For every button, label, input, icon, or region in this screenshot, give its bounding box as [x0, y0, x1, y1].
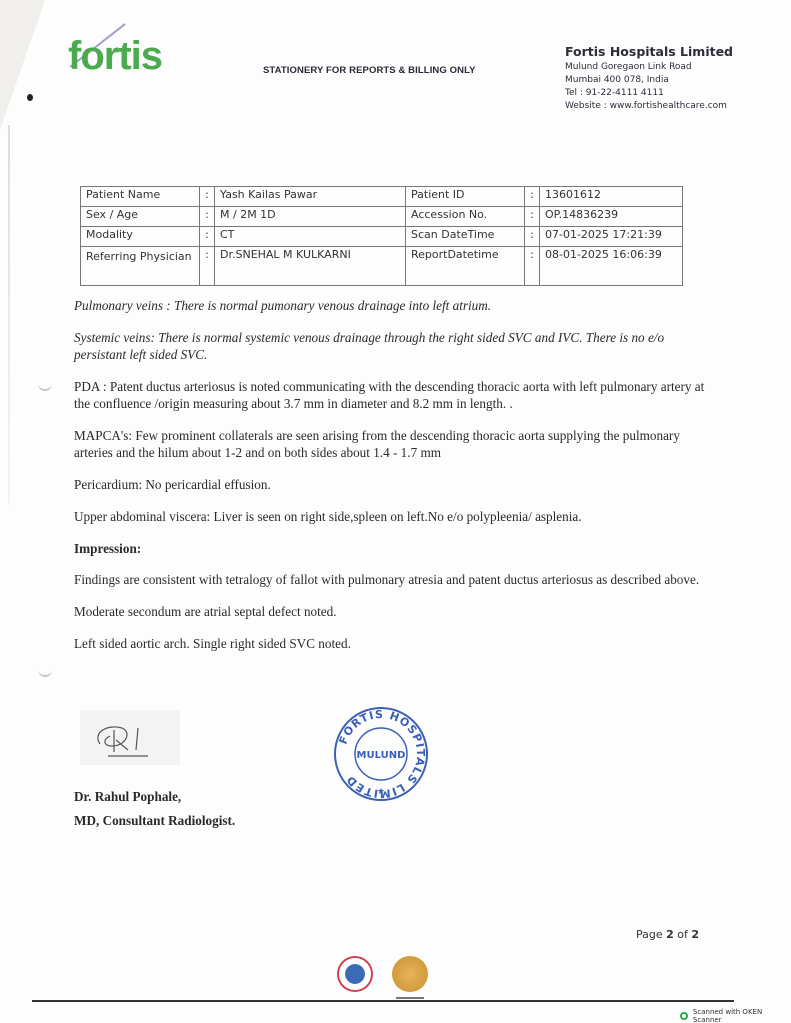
scan-datetime-value: 07-01-2025 17:21:39	[540, 227, 683, 247]
hospital-address-block: Fortis Hospitals Limited Mulund Goregaon…	[565, 44, 733, 113]
finding-systemic-veins: Systemic veins: There is normal systemic…	[74, 329, 714, 363]
hospital-stamp: FORTIS HOSPITALS LIMITED MULUND ★	[333, 706, 429, 802]
finding-pda: PDA : Patent ductus arteriosus is noted …	[74, 378, 714, 412]
table-row: Sex / Age : M / 2M 1D Accession No. : OP…	[81, 207, 683, 227]
page-number: Page 2 of 2	[636, 928, 699, 941]
fortis-logo: fortis	[68, 34, 162, 79]
patient-id-value: 13601612	[540, 187, 683, 207]
report-datetime-value: 08-01-2025 16:06:39	[540, 247, 683, 286]
patient-id-label: Patient ID	[406, 187, 525, 207]
page-prefix: Page	[636, 928, 663, 941]
page-of: of	[677, 928, 688, 941]
patient-name-label: Patient Name	[81, 187, 200, 207]
table-row: Modality : CT Scan DateTime : 07-01-2025…	[81, 227, 683, 247]
scanner-logo-icon	[680, 1012, 688, 1020]
stationery-label: STATIONERY FOR REPORTS & BILLING ONLY	[263, 65, 476, 76]
doctor-designation: MD, Consultant Radiologist.	[74, 809, 235, 833]
separator: :	[525, 247, 540, 286]
finding-mapcas: MAPCA's: Few prominent collaterals are s…	[74, 427, 714, 461]
separator: :	[525, 227, 540, 247]
referring-physician-value: Dr.SNEHAL M KULKARNI	[215, 247, 406, 286]
hospital-name: Fortis Hospitals Limited	[565, 44, 733, 59]
modality-label: Modality	[81, 227, 200, 247]
svg-text:MULUND: MULUND	[357, 750, 406, 761]
scan-speck	[27, 94, 33, 101]
scan-datetime-label: Scan DateTime	[406, 227, 525, 247]
referring-physician-label: Referring Physician	[81, 247, 200, 286]
page-fold-shadow	[0, 0, 45, 130]
finding-pulmonary-veins: Pulmonary veins : There is normal pumona…	[74, 297, 714, 314]
table-row: Patient Name : Yash Kailas Pawar Patient…	[81, 187, 683, 207]
page-total: 2	[691, 928, 699, 941]
modality-value: CT	[215, 227, 406, 247]
page-current: 2	[666, 928, 674, 941]
stamp-seal-icon: FORTIS HOSPITALS LIMITED MULUND ★	[333, 706, 429, 802]
accession-value: OP.14836239	[540, 207, 683, 227]
scanner-text: Scanned with OKEN Scanner	[693, 1008, 791, 1023]
scanner-watermark: Scanned with OKEN Scanner	[680, 1008, 791, 1023]
telephone: Tel : 91-22-4111 4111	[565, 87, 733, 100]
website: Website : www.fortishealthcare.com	[565, 100, 733, 113]
patient-name-value: Yash Kailas Pawar	[215, 187, 406, 207]
signature-scribble-icon	[88, 716, 168, 761]
finding-pericardium: Pericardium: No pericardial effusion.	[74, 476, 714, 493]
separator: :	[525, 187, 540, 207]
signature-image	[80, 710, 180, 765]
jci-accreditation-icon	[392, 956, 428, 992]
separator: :	[200, 227, 215, 247]
doctor-name: Dr. Rahul Pophale,	[74, 785, 235, 809]
check-mark-icon	[38, 383, 52, 391]
address-line: Mulund Goregaon Link Road	[565, 61, 733, 74]
accreditation-caption	[396, 997, 424, 999]
separator: :	[200, 247, 215, 286]
signatory-block: Dr. Rahul Pophale, MD, Consultant Radiol…	[74, 785, 235, 833]
separator: :	[525, 207, 540, 227]
patient-info-table: Patient Name : Yash Kailas Pawar Patient…	[80, 186, 683, 286]
report-datetime-label: ReportDatetime	[406, 247, 525, 286]
impression-heading: Impression:	[74, 540, 714, 557]
sex-age-value: M / 2M 1D	[215, 207, 406, 227]
impression-item: Left sided aortic arch. Single right sid…	[74, 635, 714, 652]
table-row: Referring Physician : Dr.SNEHAL M KULKAR…	[81, 247, 683, 286]
accession-label: Accession No.	[406, 207, 525, 227]
separator: :	[200, 187, 215, 207]
address-line: Mumbai 400 078, India	[565, 74, 733, 87]
sex-age-label: Sex / Age	[81, 207, 200, 227]
footer-divider	[32, 1000, 734, 1002]
report-body: Pulmonary veins : There is normal pumona…	[74, 297, 714, 667]
svg-text:★: ★	[377, 786, 385, 796]
impression-item: Findings are consistent with tetralogy o…	[74, 571, 714, 588]
separator: :	[200, 207, 215, 227]
finding-abdominal-viscera: Upper abdominal viscera: Liver is seen o…	[74, 508, 714, 525]
impression-item: Moderate secondum are atrial septal defe…	[74, 603, 714, 620]
nabh-accreditation-icon	[337, 956, 373, 992]
check-mark-icon	[38, 669, 52, 677]
page-edge	[8, 125, 10, 505]
